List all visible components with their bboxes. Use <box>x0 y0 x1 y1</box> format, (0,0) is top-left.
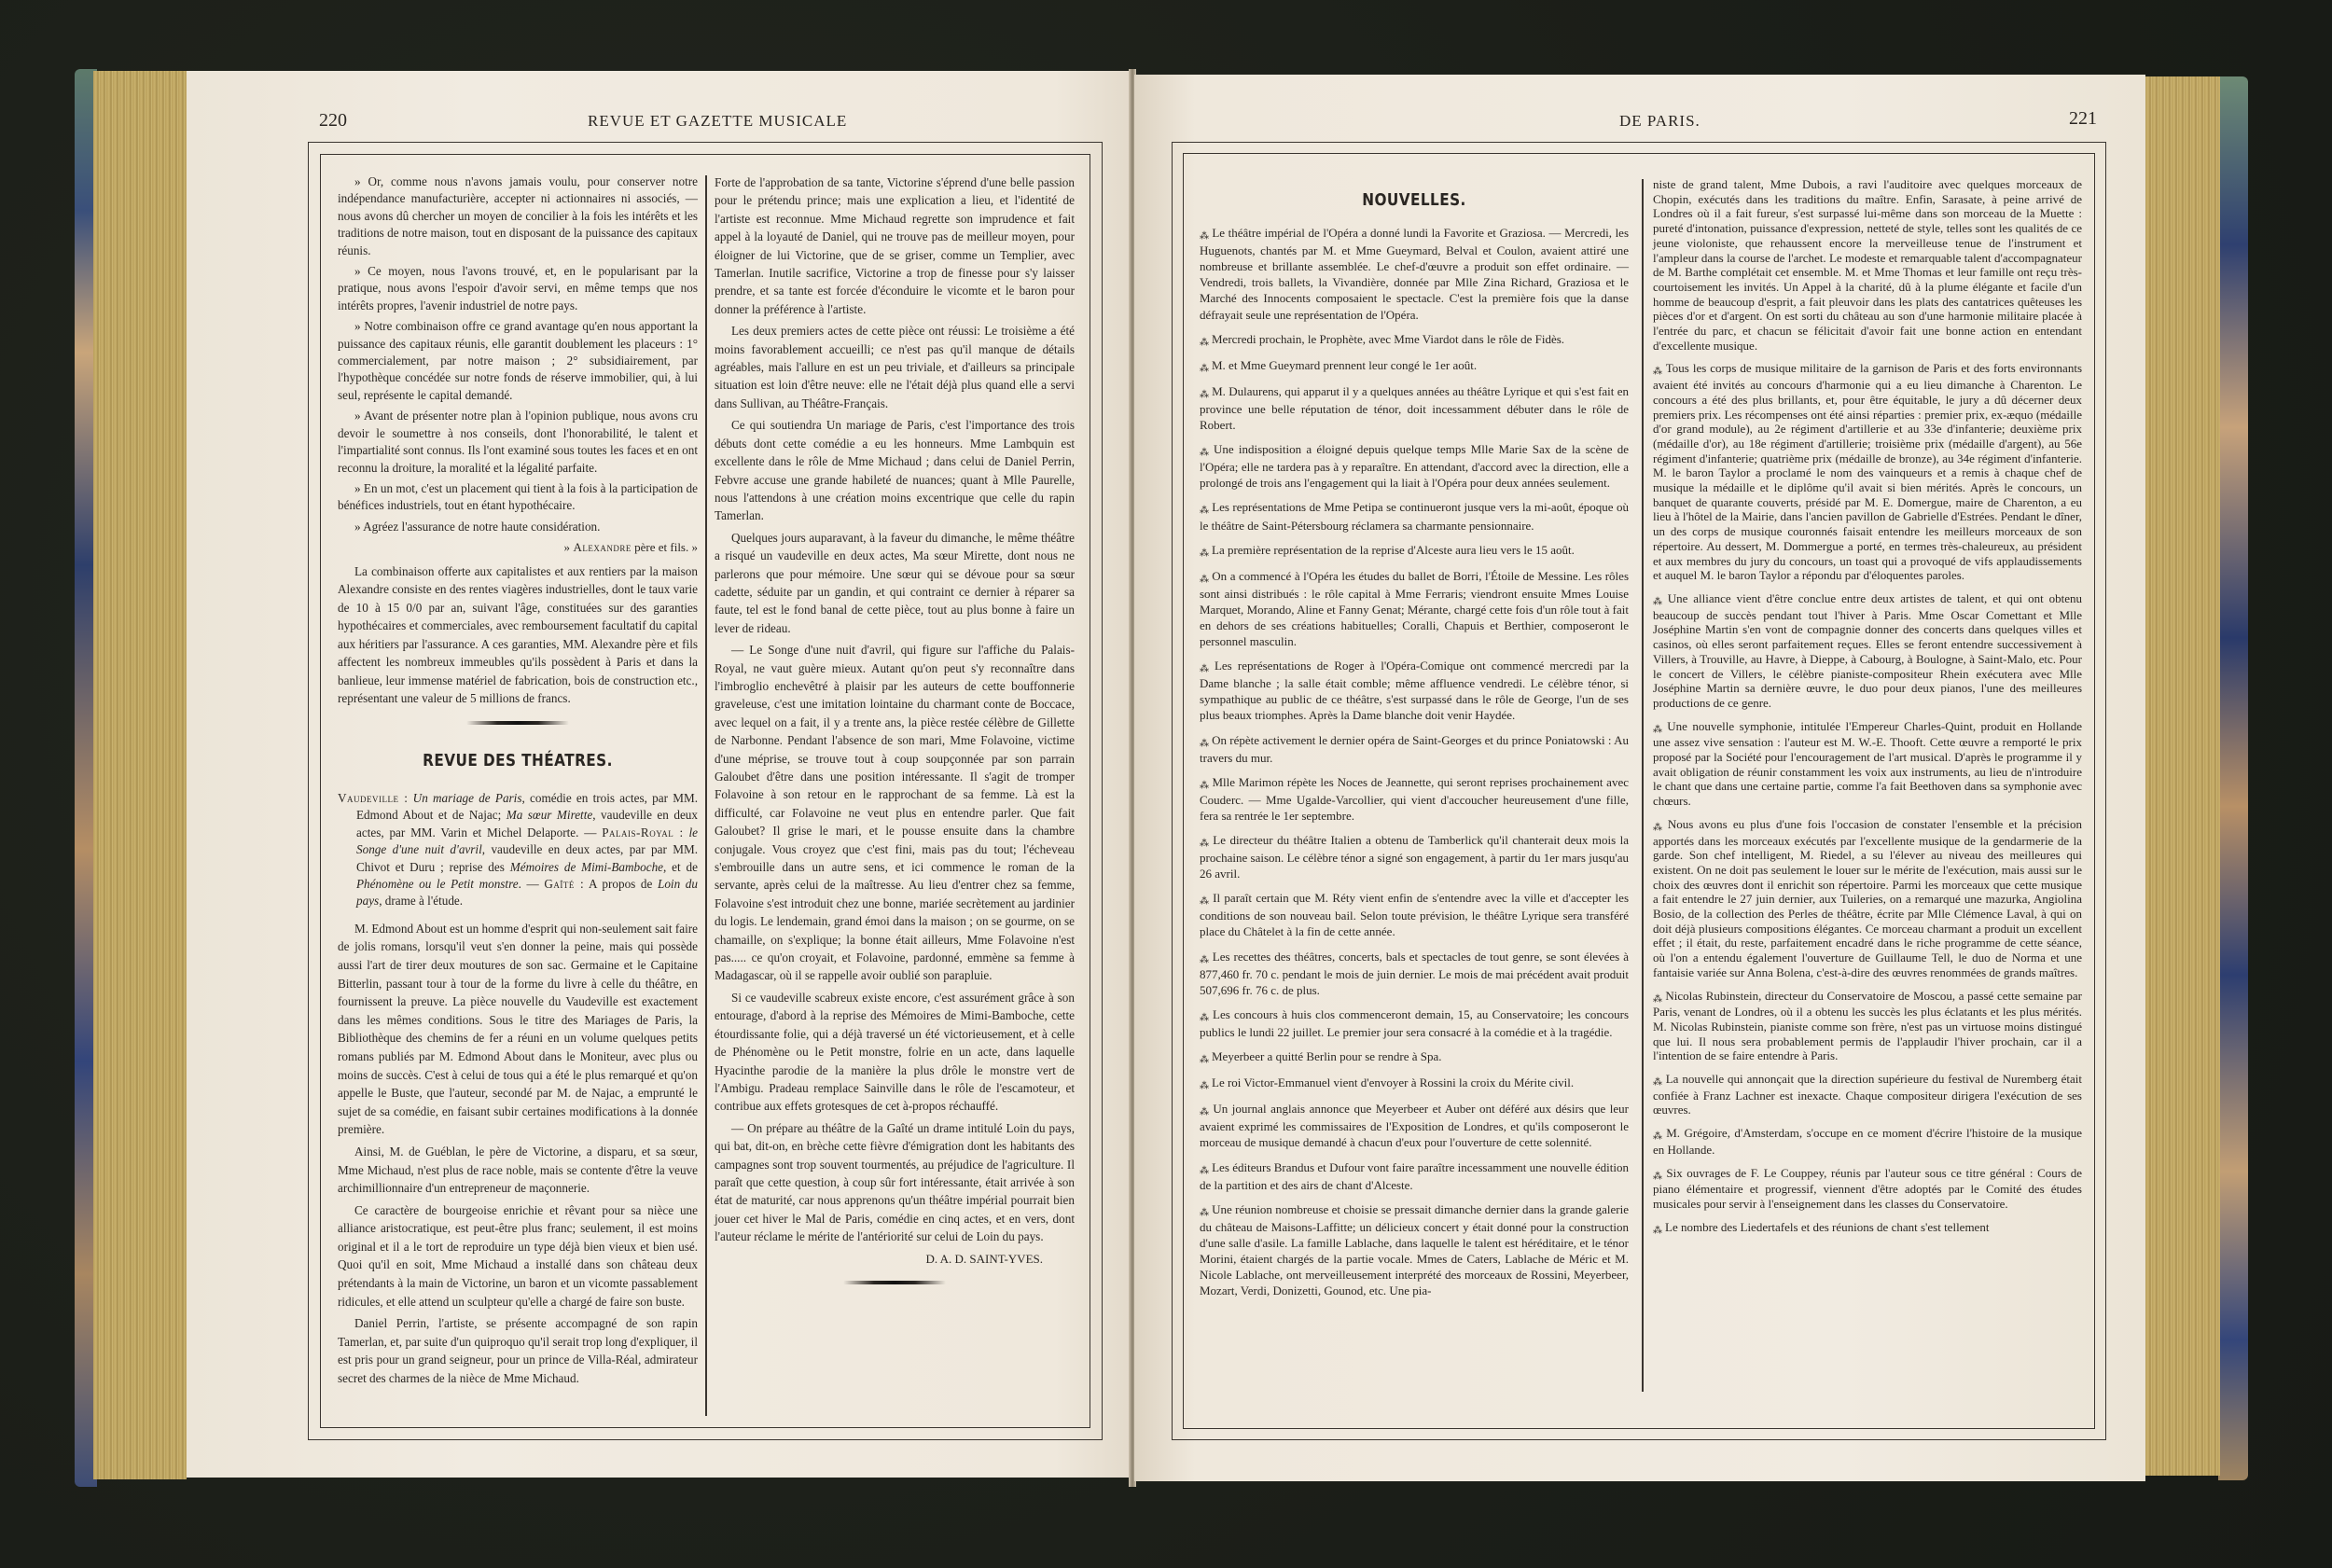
left-page-column-1: » Or, comme nous n'avons jamais voulu, p… <box>338 173 698 1392</box>
news-item: ⁂On répète activement le dernier opéra d… <box>1200 732 1629 766</box>
news-item: ⁂Il paraît certain que M. Réty vient enf… <box>1200 890 1629 939</box>
news-item: ⁂Le roi Victor-Emmanuel vient d'envoyer … <box>1200 1075 1629 1092</box>
news-item: ⁂La première représentation de la repris… <box>1200 542 1629 560</box>
letter-paragraph: » Or, comme nous n'avons jamais voulu, p… <box>338 173 698 259</box>
asterism-icon: ⁂ <box>1200 1013 1209 1023</box>
news-item: ⁂Mlle Marimon répète les Noces de Jeanne… <box>1200 774 1629 824</box>
asterism-icon: ⁂ <box>1200 364 1208 374</box>
marbled-cover-right <box>2218 76 2248 1480</box>
open-book: 220 REVUE ET GAZETTE MUSICALE » Or, comm… <box>75 69 2248 1487</box>
page-number-right: 221 <box>2069 108 2097 130</box>
review-paragraph: Quelques jours auparavant, à la faveur d… <box>715 529 1075 637</box>
asterism-icon: ⁂ <box>1200 506 1208 516</box>
right-page: DE PARIS. 221 NOUVELLES. ⁂Le théâtre imp… <box>1134 75 2145 1481</box>
ornamental-rule <box>843 1281 946 1284</box>
letter-paragraph: » Notre combinaison offre ce grand avant… <box>338 318 698 404</box>
asterism-icon: ⁂ <box>1200 338 1208 348</box>
news-item: ⁂M. et Mme Gueymard prennent leur congé … <box>1200 357 1629 375</box>
news-item: ⁂Le nombre des Liedertafels et des réuni… <box>1653 1220 2082 1237</box>
asterism-icon: ⁂ <box>1200 1166 1208 1176</box>
asterism-icon: ⁂ <box>1200 1055 1208 1065</box>
news-item: ⁂Le théâtre impérial de l'Opéra a donné … <box>1200 225 1629 323</box>
review-paragraph: Si ce vaudeville scabreux existe encore,… <box>715 989 1075 1116</box>
asterism-icon: ⁂ <box>1653 1172 1662 1182</box>
right-page-column-1: NOUVELLES. ⁂Le théâtre impérial de l'Opé… <box>1200 177 1629 1307</box>
page-number-left: 220 <box>319 110 347 132</box>
running-head-left: REVUE ET GAZETTE MUSICALE <box>588 112 847 131</box>
asterism-icon: ⁂ <box>1200 781 1209 791</box>
page-edges-right <box>2145 76 2220 1476</box>
asterism-icon: ⁂ <box>1200 1081 1208 1091</box>
news-item: ⁂Les concours à huis clos commenceront d… <box>1200 1006 1629 1040</box>
news-item: ⁂La nouvelle qui annonçait que la direct… <box>1653 1072 2082 1117</box>
asterism-icon: ⁂ <box>1653 1077 1662 1088</box>
news-item: ⁂M. Dulaurens, qui apparut il y a quelqu… <box>1200 383 1629 433</box>
review-paragraph: — Le Songe d'une nuit d'avril, qui figur… <box>715 641 1075 985</box>
news-continuation: niste de grand talent, Mme Dubois, a rav… <box>1653 177 2082 353</box>
news-item: ⁂Le directeur du théâtre Italien a obten… <box>1200 832 1629 881</box>
running-head-right: DE PARIS. <box>1619 112 1700 131</box>
news-item: ⁂Les recettes des théâtres, concerts, ba… <box>1200 949 1629 998</box>
news-item: ⁂Une indisposition a éloigné depuis quel… <box>1200 441 1629 491</box>
page-edges-left <box>93 71 187 1479</box>
asterism-icon: ⁂ <box>1200 896 1209 907</box>
news-item: ⁂On a commencé à l'Opéra les études du b… <box>1200 568 1629 649</box>
asterism-icon: ⁂ <box>1200 575 1208 585</box>
review-paragraph: Les deux premiers actes de cette pièce o… <box>715 322 1075 412</box>
asterism-icon: ⁂ <box>1200 955 1209 965</box>
right-page-column-2: niste de grand talent, Mme Dubois, a rav… <box>1653 177 2082 1244</box>
review-paragraph: Ce qui soutiendra Un mariage de Paris, c… <box>715 416 1075 524</box>
asterism-icon: ⁂ <box>1200 664 1211 674</box>
asterism-icon: ⁂ <box>1200 739 1208 749</box>
asterism-icon: ⁂ <box>1200 1107 1209 1117</box>
letter-paragraph: » Ce moyen, nous l'avons trouvé, et, en … <box>338 263 698 314</box>
news-item: ⁂M. Grégoire, d'Amsterdam, s'occupe en c… <box>1653 1126 2082 1157</box>
combination-paragraph: La combinaison offerte aux capitalistes … <box>338 562 698 708</box>
news-item: ⁂Meyerbeer a quitté Berlin pour se rendr… <box>1200 1048 1629 1066</box>
asterism-icon: ⁂ <box>1653 725 1663 735</box>
review-paragraph: Daniel Perrin, l'artiste, se présente ac… <box>338 1314 698 1387</box>
ornamental-rule <box>466 721 569 725</box>
asterism-icon: ⁂ <box>1653 823 1664 833</box>
review-paragraph: M. Edmond About est un homme d'esprit qu… <box>338 920 698 1139</box>
news-item: ⁂Une nouvelle symphonie, intitulée l'Emp… <box>1653 719 2082 809</box>
theatre-summary: Vaudeville : Un mariage de Paris, comédi… <box>338 790 698 910</box>
letter-paragraph: » En un mot, c'est un placement qui tien… <box>338 480 698 515</box>
asterism-icon: ⁂ <box>1200 448 1210 458</box>
review-paragraph: Forte de l'approbation de sa tante, Vict… <box>715 173 1075 318</box>
asterism-icon: ⁂ <box>1653 597 1664 607</box>
asterism-icon: ⁂ <box>1653 367 1662 377</box>
news-item: ⁂Nous avons eu plus d'une fois l'occasio… <box>1653 817 2082 980</box>
letter-signature: » Alexandre père et fils. » <box>338 539 698 556</box>
section-title-nouvelles: NOUVELLES. <box>1232 192 1597 208</box>
news-item: ⁂Les représentations de Mme Petipa se co… <box>1200 499 1629 533</box>
news-item: ⁂Un journal anglais annonce que Meyerbee… <box>1200 1101 1629 1150</box>
column-divider <box>705 175 707 1416</box>
news-item: ⁂Les éditeurs Brandus et Dufour vont fai… <box>1200 1159 1629 1193</box>
column-divider <box>1642 179 1644 1392</box>
left-page: 220 REVUE ET GAZETTE MUSICALE » Or, comm… <box>187 71 1131 1478</box>
asterism-icon: ⁂ <box>1653 1131 1662 1142</box>
review-paragraph: Ce caractère de bourgeoise enrichie et r… <box>338 1201 698 1311</box>
asterism-icon: ⁂ <box>1653 1226 1661 1236</box>
news-item: ⁂Mercredi prochain, le Prophète, avec Mm… <box>1200 331 1629 349</box>
asterism-icon: ⁂ <box>1200 548 1208 559</box>
asterism-icon: ⁂ <box>1653 994 1661 1005</box>
asterism-icon: ⁂ <box>1200 390 1208 400</box>
news-item: ⁂Une réunion nombreuse et choisie se pre… <box>1200 1201 1629 1299</box>
letter-paragraph: » Agréez l'assurance de notre haute cons… <box>338 519 698 535</box>
news-item: ⁂Tous les corps de musique militaire de … <box>1653 361 2082 583</box>
news-item: ⁂Nicolas Rubinstein, directeur du Conser… <box>1653 989 2082 1064</box>
section-title-revue-des-theatres: REVUE DES THÉATRES. <box>365 753 671 770</box>
letter-paragraph: » Avant de présenter notre plan à l'opin… <box>338 408 698 477</box>
news-item: ⁂Six ouvrages de F. Le Couppey, réunis p… <box>1653 1166 2082 1212</box>
news-item: ⁂Les représentations de Roger à l'Opéra-… <box>1200 658 1629 723</box>
left-page-column-2: Forte de l'approbation de sa tante, Vict… <box>715 173 1075 1284</box>
asterism-icon: ⁂ <box>1200 839 1209 849</box>
news-item: ⁂Une alliance vient d'être conclue entre… <box>1653 591 2082 711</box>
review-paragraph: Ainsi, M. de Guéblan, le père de Victori… <box>338 1143 698 1198</box>
asterism-icon: ⁂ <box>1200 1208 1208 1218</box>
asterism-icon: ⁂ <box>1200 231 1208 242</box>
author-signature: D. A. D. SAINT-YVES. <box>715 1250 1075 1268</box>
review-paragraph: — On prépare au théâtre de la Gaîté un d… <box>715 1119 1075 1246</box>
